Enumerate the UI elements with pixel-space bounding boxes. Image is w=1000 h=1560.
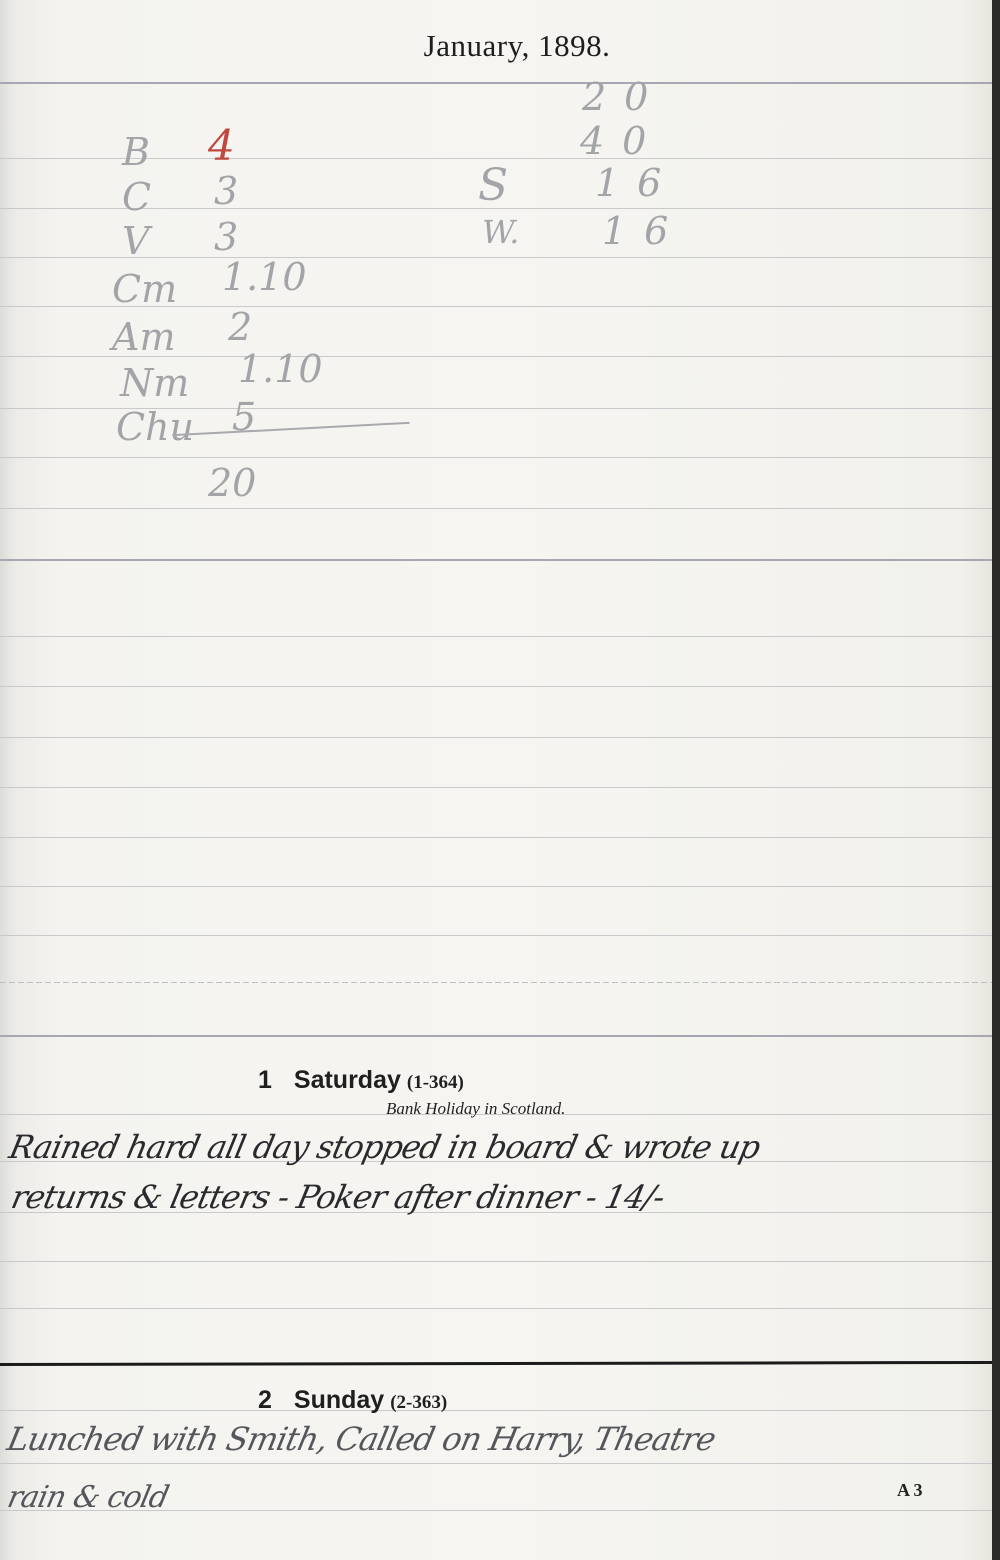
- ruled-line: [0, 935, 992, 936]
- page-signature-mark: A 3: [897, 1480, 923, 1501]
- ruled-line: [0, 737, 992, 738]
- tally-value: 4: [208, 125, 235, 167]
- tally-label: W.: [482, 216, 519, 248]
- tally-label: B: [122, 133, 150, 171]
- ruled-line: [0, 1410, 992, 1411]
- diary-page: January, 1898. B 4 C 3 V 3 Cm 1.10 Am 2 …: [0, 0, 992, 1560]
- ruled-line: [0, 636, 992, 637]
- day-divider: [0, 1361, 992, 1366]
- tally-value: 16: [595, 164, 679, 202]
- tally-value: 1.10: [238, 350, 323, 388]
- handwritten-line: Lunched with Smith, Called on Harry, The…: [4, 1420, 719, 1458]
- ruled-line: [0, 1308, 992, 1309]
- tally-value: 1.10: [222, 258, 307, 296]
- ruled-line: [0, 1261, 992, 1262]
- tally-value: 40: [580, 122, 664, 160]
- ruled-line: [0, 787, 992, 788]
- day-heading: 1Saturday(1-364): [258, 1066, 464, 1095]
- ruled-line: [0, 1463, 992, 1464]
- tally-total: 20: [208, 464, 256, 502]
- tally-label: Nm: [120, 364, 189, 402]
- section-divider: [0, 559, 992, 561]
- sum-line: [172, 422, 410, 436]
- tally-value: 3: [214, 218, 238, 256]
- day-number: 1: [258, 1066, 272, 1094]
- ruled-line: [0, 82, 992, 84]
- tally-label: Cm: [112, 270, 177, 308]
- day-count: (2-363): [390, 1392, 447, 1413]
- ruled-line: [0, 886, 992, 887]
- handwritten-line: Rained hard all day stopped in board & w…: [6, 1128, 763, 1166]
- ruled-line: [0, 508, 992, 509]
- day-name: Sunday: [294, 1386, 384, 1414]
- tally-label: Am: [112, 318, 175, 356]
- tally-value: 16: [602, 212, 686, 250]
- holiday-note: Bank Holiday in Scotland.: [386, 1099, 565, 1119]
- tally-label: S: [478, 164, 508, 208]
- ruled-line: [0, 982, 992, 983]
- section-divider: [0, 1035, 992, 1037]
- day-heading: 2Sunday(2-363): [258, 1386, 447, 1415]
- tally-value: 2: [228, 308, 252, 346]
- page-title: January, 1898.: [0, 28, 1000, 64]
- tally-value: 20: [582, 78, 666, 116]
- day-number: 2: [258, 1386, 272, 1414]
- ruled-line: [0, 457, 992, 458]
- day-count: (1-364): [407, 1072, 464, 1093]
- handwritten-line: rain & cold: [4, 1480, 171, 1515]
- book-edge: [992, 0, 1000, 1560]
- day-name: Saturday: [294, 1066, 401, 1094]
- tally-label: C: [122, 178, 151, 216]
- tally-value: 3: [214, 172, 238, 210]
- handwritten-line: returns & letters - Poker after dinner -…: [8, 1178, 668, 1216]
- tally-label: V: [122, 222, 149, 260]
- ruled-line: [0, 686, 992, 687]
- tally-label: Chu: [116, 408, 194, 446]
- ruled-line: [0, 837, 992, 838]
